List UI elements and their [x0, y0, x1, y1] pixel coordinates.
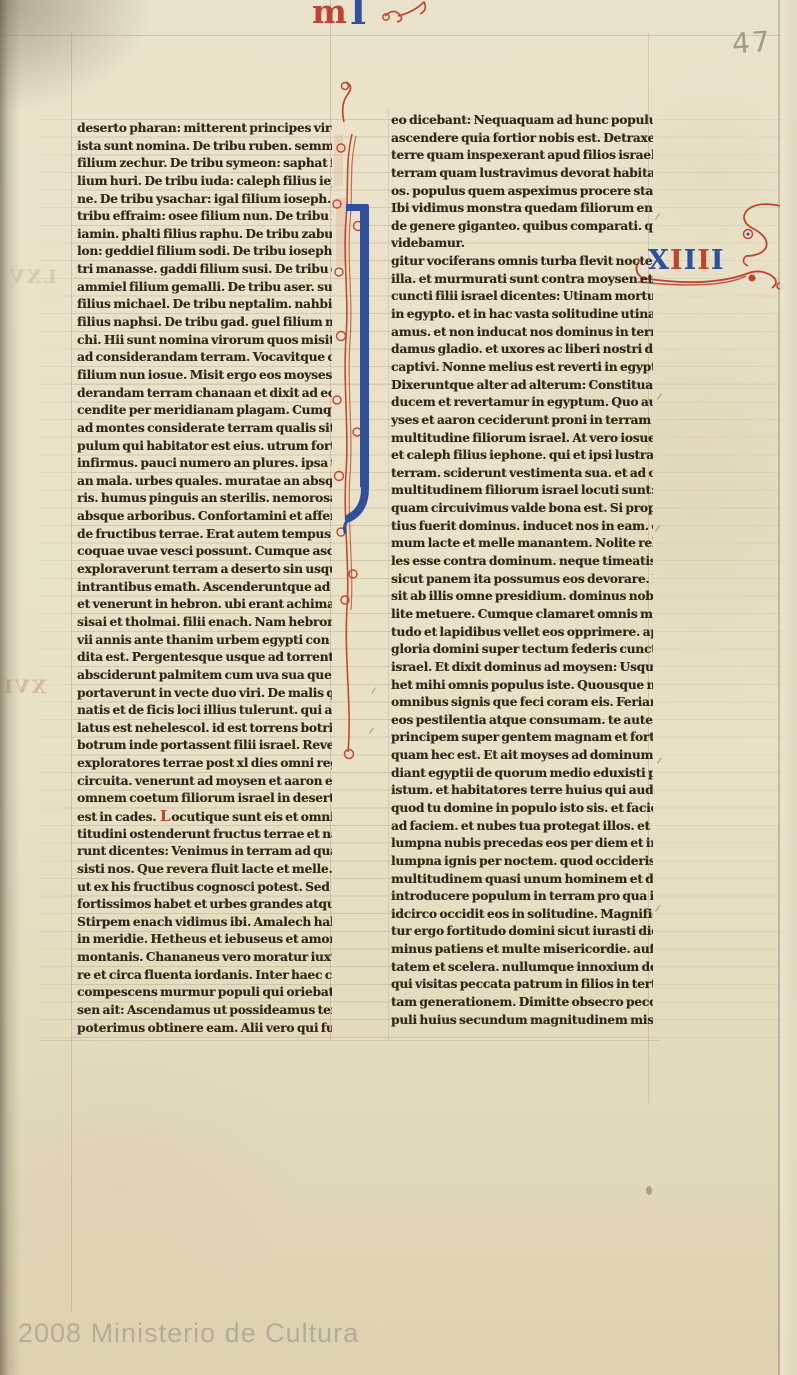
- text-line: ad faciem. et nubes tua protegat illos. …: [391, 818, 653, 836]
- text-line: cendite per meridianam plagam. Cumque ve…: [77, 402, 332, 420]
- text-line: les esse contra dominum. neque timeatis …: [391, 553, 653, 571]
- text-line: tur ergo fortitudo domini sicut iurasti …: [391, 923, 653, 941]
- text-line: ducem et revertamur in egyptum. Quo audi…: [391, 394, 653, 412]
- text-line: quod tu domine in populo isto sis. et fa…: [391, 800, 653, 818]
- chapter-marker-block: XIIII: [630, 198, 796, 290]
- text-line: eos pestilentia atque consumam. te autem…: [391, 712, 653, 730]
- page-edge-line: [778, 0, 780, 1375]
- correction-tick: [657, 393, 662, 399]
- margin-ghost-numeral: XVI: [2, 676, 46, 698]
- text-line: ascendere quia fortior nobis est. Detrax…: [391, 130, 653, 148]
- text-line: istum. et habitatores terre huius qui au…: [391, 782, 653, 800]
- text-line: illa. et murmurati sunt contra moysen et…: [391, 271, 653, 289]
- text-line: latus est nehelescol. id est torrens bot…: [77, 720, 332, 738]
- running-title-letter-blue: I: [350, 0, 367, 30]
- parchment-speck: [646, 1186, 652, 1195]
- text-line: Ibi vidimus monstra quedam filiorum enac…: [391, 200, 653, 218]
- text-line: principem super gentem magnam et fortior…: [391, 729, 653, 747]
- text-line: quam circuivimus valde bona est. Si prop…: [391, 500, 653, 518]
- text-line: damus gladio. et uxores ac liberi nostri…: [391, 341, 653, 359]
- text-line: eo dicebant: Nequaquam ad hunc populum v…: [391, 112, 653, 130]
- text-line: est in cades. Locutique sunt eis et omni…: [77, 808, 332, 826]
- text-line: yses et aaron ceciderunt proni in terram…: [391, 412, 653, 430]
- text-line: ista sunt nomina. De tribu ruben. semmua: [77, 138, 332, 156]
- text-line: lon: geddiel filium sodi. De tribu iosep…: [77, 243, 332, 261]
- text-line: sen ait: Ascendamus ut possideamus terra…: [77, 1002, 332, 1020]
- text-line: exploratores terrae post xl dies omni re…: [77, 755, 332, 773]
- text-line: introducere populum in terram pro qua iu…: [391, 888, 653, 906]
- text-line: filium zechur. De tribu symeon: saphat f…: [77, 155, 332, 173]
- text-line: re et circa fluenta iordanis. Inter haec…: [77, 967, 332, 985]
- text-line: absque arboribus. Confortamini et affert…: [77, 508, 332, 526]
- text-line: diant egyptii de quorum medio eduxisti p…: [391, 765, 653, 783]
- text-line: ris. humus pinguis an sterilis. nemorosa…: [77, 490, 332, 508]
- text-line: circuita. venerunt ad moysen et aaron et…: [77, 773, 332, 791]
- text-line: titudini ostenderunt fructus terrae et n…: [77, 826, 332, 844]
- text-line: de genere giganteo. quibus comparati. qu…: [391, 218, 653, 236]
- text-line: in meridie. Hetheus et iebuseus et amorr…: [77, 931, 332, 949]
- text-column-right: eo dicebant: Nequaquam ad hunc populum v…: [391, 112, 653, 1029]
- text-line: captivi. Nonne melius est reverti in egy…: [391, 359, 653, 377]
- chapter-number: XIIII: [648, 246, 725, 276]
- text-line: multitudinem quasi unum hominem et dican…: [391, 871, 653, 889]
- text-line: intrantibus emath. Ascenderuntque ad mer…: [77, 579, 332, 597]
- correction-tick: [655, 905, 660, 911]
- folio-number: 47: [731, 25, 773, 61]
- text-line: amus. et non inducat nos dominus in terr…: [391, 324, 653, 342]
- text-line: ne. De tribu ysachar: igal filium ioseph…: [77, 191, 332, 209]
- text-line: multitudinem filiorum israel locuti sunt…: [391, 482, 653, 500]
- text-line: filius michael. De tribu neptalim. nahbi: [77, 296, 332, 314]
- text-line: coquae uvae vesci possunt. Cumque ascend…: [77, 543, 332, 561]
- watermark-text: 2008 Ministerio de Cultura: [18, 1318, 359, 1349]
- text-line: lite metuere. Cumque clamaret omnis mult…: [391, 606, 653, 624]
- text-line: terre quam inspexerant apud filios israe…: [391, 147, 653, 165]
- text-line: omnem coetum filiorum israel in desertum…: [77, 790, 332, 808]
- text-line: Stirpem enach vidimus ibi. Amalech habit…: [77, 914, 332, 932]
- text-line: runt dicentes: Venimus in terram ad quam…: [77, 843, 332, 861]
- text-line: tudo et lapidibus vellet eos opprimere. …: [391, 624, 653, 642]
- text-line: portaverunt in vecte duo viri. De malis …: [77, 685, 332, 703]
- text-line: mum lacte et melle manantem. Nolite rebe…: [391, 535, 653, 553]
- text-line: tri manasse. gaddi filium susi. De tribu…: [77, 261, 332, 279]
- page-edge: [780, 0, 797, 1375]
- text-line: idcirco occidit eos in solitudine. Magni…: [391, 906, 653, 924]
- text-line: an mala. urbes quales. muratae an absque…: [77, 473, 332, 491]
- ruling-lines-left-margin: [40, 119, 70, 1041]
- text-line: absciderunt palmitem cum uva sua quem: [77, 667, 332, 685]
- text-line: et venerunt in hebron. ubi erant achiman…: [77, 596, 332, 614]
- chapter-flourish-icon: [630, 198, 796, 290]
- text-line: sisti nos. Que revera fluit lacte et mel…: [77, 861, 332, 879]
- text-line: gloria domini super tectum federis cunct…: [391, 641, 653, 659]
- running-title-letter-red: m: [312, 0, 347, 30]
- text-line: et caleph filius iephone. qui et ipsi lu…: [391, 447, 653, 465]
- text-line: lumpna ignis per noctem. quod occideris …: [391, 853, 653, 871]
- text-line: puli huius secundum magnitudinem miseric…: [391, 1012, 653, 1030]
- text-line: compescens murmur populi qui oriebatur c…: [77, 984, 332, 1002]
- running-title-flourish-icon: [382, 0, 432, 34]
- text-line: derandam terram chanaan et dixit ad eos:…: [77, 385, 332, 403]
- text-line: cuncti filii israel dicentes: Utinam mor…: [391, 288, 653, 306]
- margin-ghost-numeral: LXV: [8, 266, 57, 288]
- text-line: ammiel filium gemalli. De tribu aser. su…: [77, 279, 332, 297]
- text-line: fortissimos habet et urbes grandes atque…: [77, 896, 332, 914]
- text-line: qui visitas peccata patrum in filios in …: [391, 976, 653, 994]
- text-line: israel. Et dixit dominus ad moysen: Usqu…: [391, 659, 653, 677]
- text-line: videbamur.: [391, 235, 653, 253]
- manuscript-page: m I 47: [0, 0, 797, 1375]
- text-line: in egypto. et in hac vasta solitudine ut…: [391, 306, 653, 324]
- text-line: omnibus signis que feci coram eis. Feria…: [391, 694, 653, 712]
- text-line: multitudine filiorum israel. At vero ios…: [391, 430, 653, 448]
- text-line: ad montes considerate terram qualis sit:…: [77, 420, 332, 438]
- correction-tick: [657, 757, 662, 763]
- text-column-left: deserto pharan: mitterent principes viro…: [77, 120, 332, 1037]
- text-line: infirmus. pauci numero an plures. ipsa t…: [77, 455, 332, 473]
- text-line: het mihi omnis populus iste. Quousque no…: [391, 677, 653, 695]
- header-curl-icon: [330, 78, 356, 126]
- text-line: sit ab illis omne presidium. dominus nob…: [391, 588, 653, 606]
- text-line: terram quam lustravimus devorat habitato…: [391, 165, 653, 183]
- text-line: Dixeruntque alter ad alterum: Constituam…: [391, 377, 653, 395]
- text-line: vii annis ante thanim urbem egypti con: [77, 632, 332, 650]
- text-line: deserto pharan: mitterent principes viro…: [77, 120, 332, 138]
- text-line: montanis. Chananeus vero moratur iuxta m…: [77, 949, 332, 967]
- text-line: sicut panem ita possumus eos devorare. R…: [391, 571, 653, 589]
- text-line: poterimus obtinere eam. Alii vero qui fu…: [77, 1020, 332, 1038]
- text-line: minus patiens et multe misericordie. auf…: [391, 941, 653, 959]
- bottom-margin-rule: [40, 1040, 660, 1041]
- text-line: gitur vociferans omnis turba flevit noct…: [391, 253, 653, 271]
- text-line: ut ex his fructibus cognosci potest. Sed…: [77, 879, 332, 897]
- top-margin-rule: [0, 35, 797, 36]
- text-line: tatem et scelera. nullumque innoxium der…: [391, 959, 653, 977]
- text-line: iamin. phalti filius raphu. De tribu zab…: [77, 226, 332, 244]
- gutter-right-rule: [388, 108, 389, 1040]
- text-line: tius fuerit dominus. inducet nos in eam.…: [391, 518, 653, 536]
- left-bounding-rule: [71, 33, 72, 1311]
- text-line: chi. Hii sunt nomina virorum quos misit …: [77, 332, 332, 350]
- running-title: m I: [312, 0, 367, 36]
- text-line: quam hec est. Et ait moyses ad dominum: …: [391, 747, 653, 765]
- text-line: filius naphsi. De tribu gad. guel filium…: [77, 314, 332, 332]
- text-line: natis et de ficis loci illius tulerunt. …: [77, 702, 332, 720]
- text-line: terram. sciderunt vestimenta sua. et ad …: [391, 465, 653, 483]
- correction-tick: [655, 525, 660, 531]
- text-line: botrum inde portassent filii israel. Rev…: [77, 737, 332, 755]
- text-line: tribu effraim: osee filium nun. De tribu…: [77, 208, 332, 226]
- text-line: de fructibus terrae. Erat autem tempus q…: [77, 526, 332, 544]
- text-line: lium huri. De tribu iuda: caleph filius …: [77, 173, 332, 191]
- text-line: tam generationem. Dimitte obsecro peccat…: [391, 994, 653, 1012]
- text-line: pulum qui habitator est eius. utrum fort…: [77, 438, 332, 456]
- text-line: sisai et tholmai. filii enach. Nam hebro…: [77, 614, 332, 632]
- text-line: dita est. Pergentesque usque ad torrente…: [77, 649, 332, 667]
- text-line: ad considerandam terram. Vocavitque osee: [77, 349, 332, 367]
- text-line: exploraverunt terram a deserto sin usque…: [77, 561, 332, 579]
- text-line: os. populus quem aspeximus procere statu…: [391, 183, 653, 201]
- text-line: filium nun iosue. Misit ergo eos moyses …: [77, 367, 332, 385]
- text-line: lumpna nubis precedas eos per diem et in…: [391, 835, 653, 853]
